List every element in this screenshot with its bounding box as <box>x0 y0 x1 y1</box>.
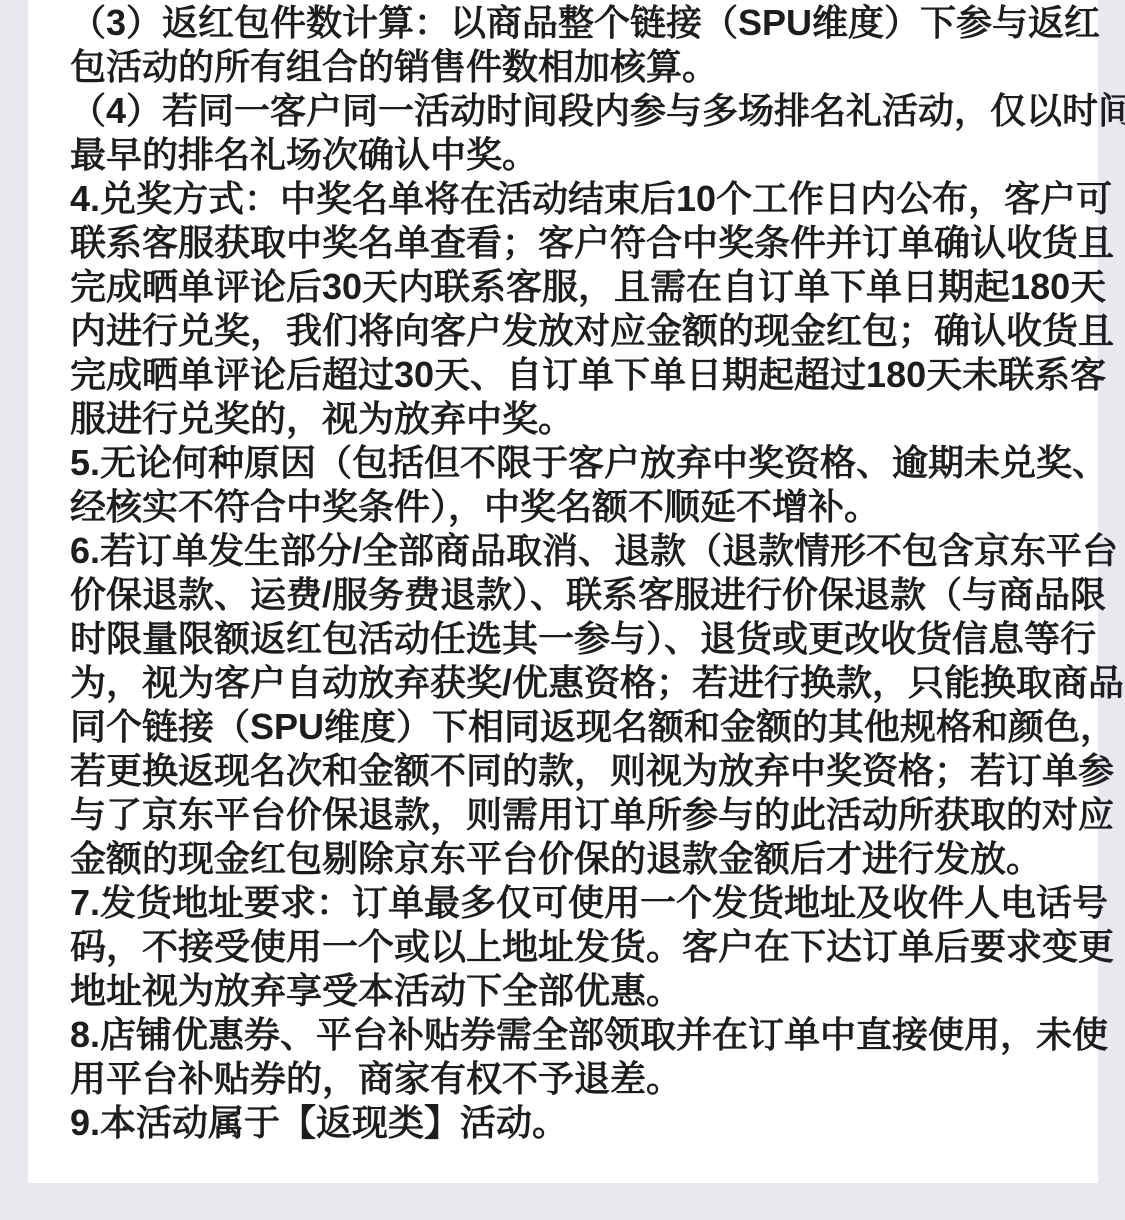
terms-text-line: 为，视为客户自动放弃获奖/优惠资格；若进行换款，只能换取商品 <box>70 661 1070 705</box>
terms-text-line: 服进行兑奖的，视为放弃中奖。 <box>70 397 1070 441</box>
terms-text-line: （3）返红包件数计算：以商品整个链接（SPU维度）下参与返红 <box>70 1 1070 45</box>
terms-text-line: 金额的现金红包剔除京东平台价保的退款金额后才进行发放。 <box>70 837 1070 881</box>
terms-text-line: 经核实不符合中奖条件），中奖名额不顺延不增补。 <box>70 485 1070 529</box>
terms-text-line: 9.本活动属于【返现类】活动。 <box>70 1101 1070 1145</box>
terms-text-line: 码，不接受使用一个或以上地址发货。客户在下达订单后要求变更 <box>70 925 1070 969</box>
terms-text-line: 若更换返现名次和金额不同的款，则视为放弃中奖资格；若订单参 <box>70 749 1070 793</box>
terms-text-line: （4）若同一客户同一活动时间段内参与多场排名礼活动，仅以时间 <box>70 89 1070 133</box>
terms-text-line: 最早的排名礼场次确认中奖。 <box>70 133 1070 177</box>
terms-text-line: 4.兑奖方式：中奖名单将在活动结束后10个工作日内公布，客户可 <box>70 177 1070 221</box>
terms-text-line: 与了京东平台价保退款，则需用订单所参与的此活动所获取的对应 <box>70 793 1070 837</box>
terms-text-line: 完成晒单评论后超过30天、自订单下单日期起超过180天未联系客 <box>70 353 1070 397</box>
terms-text-line: 7.发货地址要求：订单最多仅可使用一个发货地址及收件人电话号 <box>70 881 1070 925</box>
terms-text-line: 完成晒单评论后30天内联系客服，且需在自订单下单日期起180天 <box>70 265 1070 309</box>
terms-lines-container: （3）返红包件数计算：以商品整个链接（SPU维度）下参与返红包活动的所有组合的销… <box>28 0 1098 1145</box>
terms-text-line: 时限量限额返红包活动任选其一参与）、退货或更改收货信息等行 <box>70 617 1070 661</box>
terms-text-line: 6.若订单发生部分/全部商品取消、退款（退款情形不包含京东平台 <box>70 529 1070 573</box>
terms-text-line: 包活动的所有组合的销售件数相加核算。 <box>70 45 1070 89</box>
terms-text-line: 用平台补贴券的，商家有权不予退差。 <box>70 1057 1070 1101</box>
terms-text-line: 联系客服获取中奖名单查看；客户符合中奖条件并订单确认收货且 <box>70 221 1070 265</box>
terms-text-line: 同个链接（SPU维度）下相同返现名额和金额的其他规格和颜色， <box>70 705 1070 749</box>
terms-text-line: 价保退款、运费/服务费退款）、联系客服进行价保退款（与商品限 <box>70 573 1070 617</box>
terms-text-line: 内进行兑奖，我们将向客户发放对应金额的现金红包；确认收货且 <box>70 309 1070 353</box>
terms-text-line: 8.店铺优惠券、平台补贴券需全部领取并在订单中直接使用，未使 <box>70 1013 1070 1057</box>
terms-text-panel: （3）返红包件数计算：以商品整个链接（SPU维度）下参与返红包活动的所有组合的销… <box>28 0 1098 1183</box>
terms-text-line: 5.无论何种原因（包括但不限于客户放弃中奖资格、逾期未兑奖、 <box>70 441 1070 485</box>
terms-text-line: 地址视为放弃享受本活动下全部优惠。 <box>70 969 1070 1013</box>
